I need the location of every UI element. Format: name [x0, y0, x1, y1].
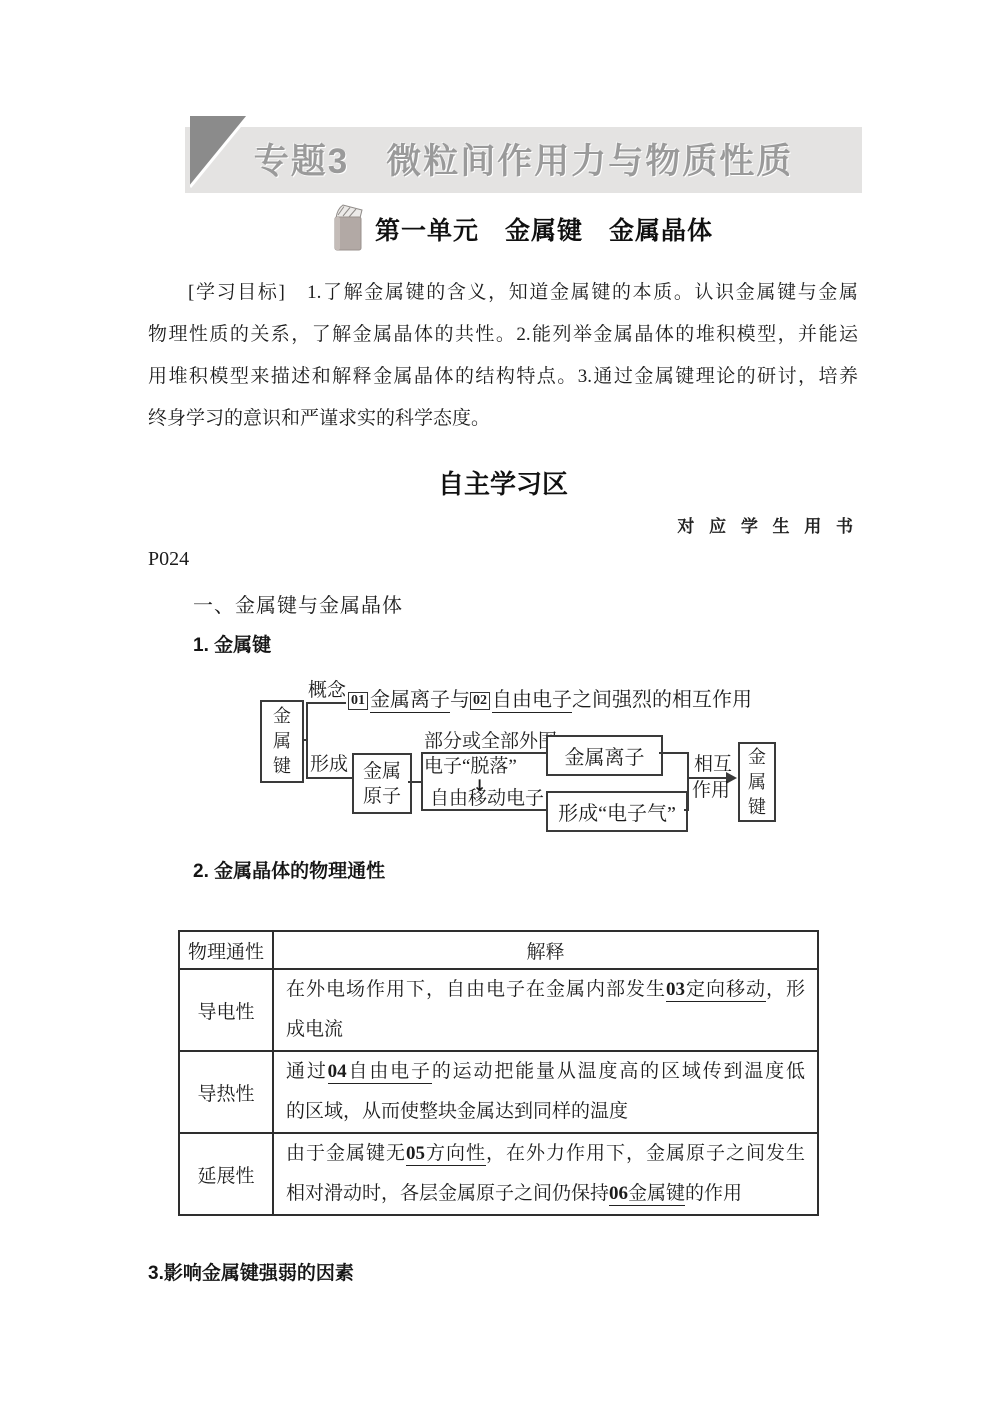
property-cell: 导热性 [179, 1051, 273, 1133]
blank-number: 01 [348, 692, 368, 710]
book-icon [327, 202, 369, 254]
explanation-cell: 由于金属键无05方向性，在外力作用下，金属原子之间发生 相对滑动时，各层金属原子… [273, 1133, 818, 1215]
point-2-heading: 2. 金属晶体的物理通性 [193, 856, 385, 883]
point-1-heading: 1. 金属键 [193, 630, 271, 657]
objectives-line-4: 终身学习的意识和严谨求实的科学态度。 [148, 398, 858, 440]
text-segment: 定向移动 [685, 979, 766, 1002]
diagram-ion-out-line [659, 752, 689, 754]
diagram-atom-label: 金属原子 [362, 759, 402, 809]
point-3-heading: 3.影响金属键强弱的因素 [148, 1258, 354, 1285]
explanation-cell: 通过04自由电子的运动把能量从温度高的区域传到温度低 的区域，从而使整块金属达到… [273, 1051, 818, 1133]
text-segment: 自由电子 [492, 689, 572, 713]
diagram-interaction-label-2: 作用 [692, 781, 730, 801]
unit-title: 第一单元 金属键 金属晶体 [375, 211, 713, 247]
text-segment: 的作用 [685, 1183, 742, 1204]
blank-number: 04 [328, 1061, 347, 1084]
student-book-ref: 对 应 学 生 用 书 [148, 512, 858, 537]
diagram-result-label: 金属键 [747, 745, 767, 820]
table-row: 导电性 在外电场作用下，自由电子在金属内部发生03定向移动，形 成电流 [179, 969, 818, 1051]
text-segment: ，在外力作用下，金属原子之间发生 [486, 1143, 805, 1164]
explanation-line: 通过04自由电子的运动把能量从温度高的区域传到温度低 [286, 1052, 805, 1092]
text-segment: 成电流 [286, 1019, 343, 1040]
explanation-line: 的区域，从而使整块金属达到同样的温度 [286, 1092, 805, 1132]
diagram-form-label: 形成 [310, 755, 348, 775]
text-segment: 通过 [286, 1061, 328, 1082]
blank-number: 06 [609, 1183, 628, 1206]
document-page: 专题3 微粒间作用力与物质性质 第一单元 金属键 金属晶体 [学习目标] 1.了… [0, 0, 1000, 1414]
diagram-interaction-label-1: 相互 [694, 755, 732, 775]
blank-number: 03 [666, 979, 685, 1002]
diagram-gas-box: 形成“电子气” [546, 791, 688, 832]
diagram-gas-label: 形成“电子气” [558, 797, 676, 826]
diagram-merge-line [687, 752, 689, 811]
diagram-split-line [421, 752, 423, 811]
table-header-explanation: 解释 [273, 931, 818, 969]
diagram-process-text-3: 自由移动电子 [430, 789, 544, 809]
text-segment: 与 [450, 689, 470, 711]
text-segment: ，形 [766, 979, 805, 1000]
diagram-process-text-2: 电子“脱落” [424, 757, 517, 777]
text-segment: 相对滑动时，各层金属原子之间仍保持 [286, 1183, 609, 1204]
explanation-line: 成电流 [286, 1010, 805, 1050]
study-zone-heading: 自主学习区 [148, 464, 858, 501]
diagram-result-arrow-line [687, 777, 727, 779]
diagram-root-label: 金属键 [272, 704, 292, 779]
properties-table: 物理通性 解释 导电性 在外电场作用下，自由电子在金属内部发生03定向移动，形 … [178, 930, 819, 1216]
diagram-concept-branch-line [306, 702, 346, 704]
diagram-root-box: 金属键 [260, 700, 304, 783]
objectives-line-1: [学习目标] 1.了解金属键的含义，知道金属键的本质。认识金属键与金属 [148, 272, 858, 314]
table-row: 导热性 通过04自由电子的运动把能量从温度高的区域传到温度低 的区域，从而使整块… [179, 1051, 818, 1133]
explanation-cell: 在外电场作用下，自由电子在金属内部发生03定向移动，形 成电流 [273, 969, 818, 1051]
section-1-heading: 一、金属键与金属晶体 [193, 589, 403, 618]
diagram-concept-text: 01金属离子与02自由电子之间强烈的相互作用 [348, 690, 752, 710]
text-segment: 金属离子 [370, 689, 450, 713]
objectives-line-2: 物理性质的关系，了解金属晶体的共性。2.能列举金属晶体的堆积模型，并能运 [148, 314, 858, 356]
chapter-title: 专题3 微粒间作用力与物质性质 [185, 134, 862, 184]
diagram-concept-label: 概念 [308, 681, 346, 701]
explanation-line: 相对滑动时，各层金属原子之间仍保持06金属键的作用 [286, 1174, 805, 1214]
explanation-line: 由于金属键无05方向性，在外力作用下，金属原子之间发生 [286, 1134, 805, 1174]
text-segment: 由于金属键无 [286, 1143, 406, 1164]
text-segment: 金属键 [628, 1183, 685, 1206]
diagram-form-branch-line [306, 777, 352, 779]
diagram-to-ion-line [421, 752, 546, 754]
table-header-property: 物理通性 [179, 931, 273, 969]
table-header-row: 物理通性 解释 [179, 931, 818, 969]
property-cell: 延展性 [179, 1133, 273, 1215]
text-segment: 方向性 [425, 1143, 486, 1166]
diagram-process-text-1: 部分或全部外围 [424, 732, 557, 752]
diagram-atom-out-line [408, 781, 422, 783]
explanation-line: 在外电场作用下，自由电子在金属内部发生03定向移动，形 [286, 970, 805, 1010]
text-segment: 的运动把能量从温度高的区域传到温度低 [432, 1061, 805, 1082]
text-segment: 在外电场作用下，自由电子在金属内部发生 [286, 979, 666, 1000]
text-segment: 之间强烈的相互作用 [572, 689, 752, 711]
diagram-atom-box: 金属原子 [352, 753, 412, 814]
blank-number: 05 [406, 1143, 425, 1166]
text-segment: 的区域，从而使整块金属达到同样的温度 [286, 1101, 628, 1122]
diagram-result-box: 金属键 [738, 742, 776, 822]
objectives-line-3: 用堆积模型来描述和解释金属晶体的结构特点。3.通过金属键理论的研讨，培养 [148, 356, 858, 398]
blank-number: 02 [470, 692, 490, 710]
table-row: 延展性 由于金属键无05方向性，在外力作用下，金属原子之间发生 相对滑动时，各层… [179, 1133, 818, 1215]
text-segment: 自由电子 [347, 1061, 432, 1084]
diagram-root-bracket-line [306, 702, 308, 779]
page-ref: P024 [148, 548, 189, 571]
diagram-ion-label: 金属离子 [565, 741, 645, 770]
diagram-ion-box: 金属离子 [546, 735, 663, 776]
diagram-to-gas-line [421, 809, 546, 811]
property-cell: 导电性 [179, 969, 273, 1051]
